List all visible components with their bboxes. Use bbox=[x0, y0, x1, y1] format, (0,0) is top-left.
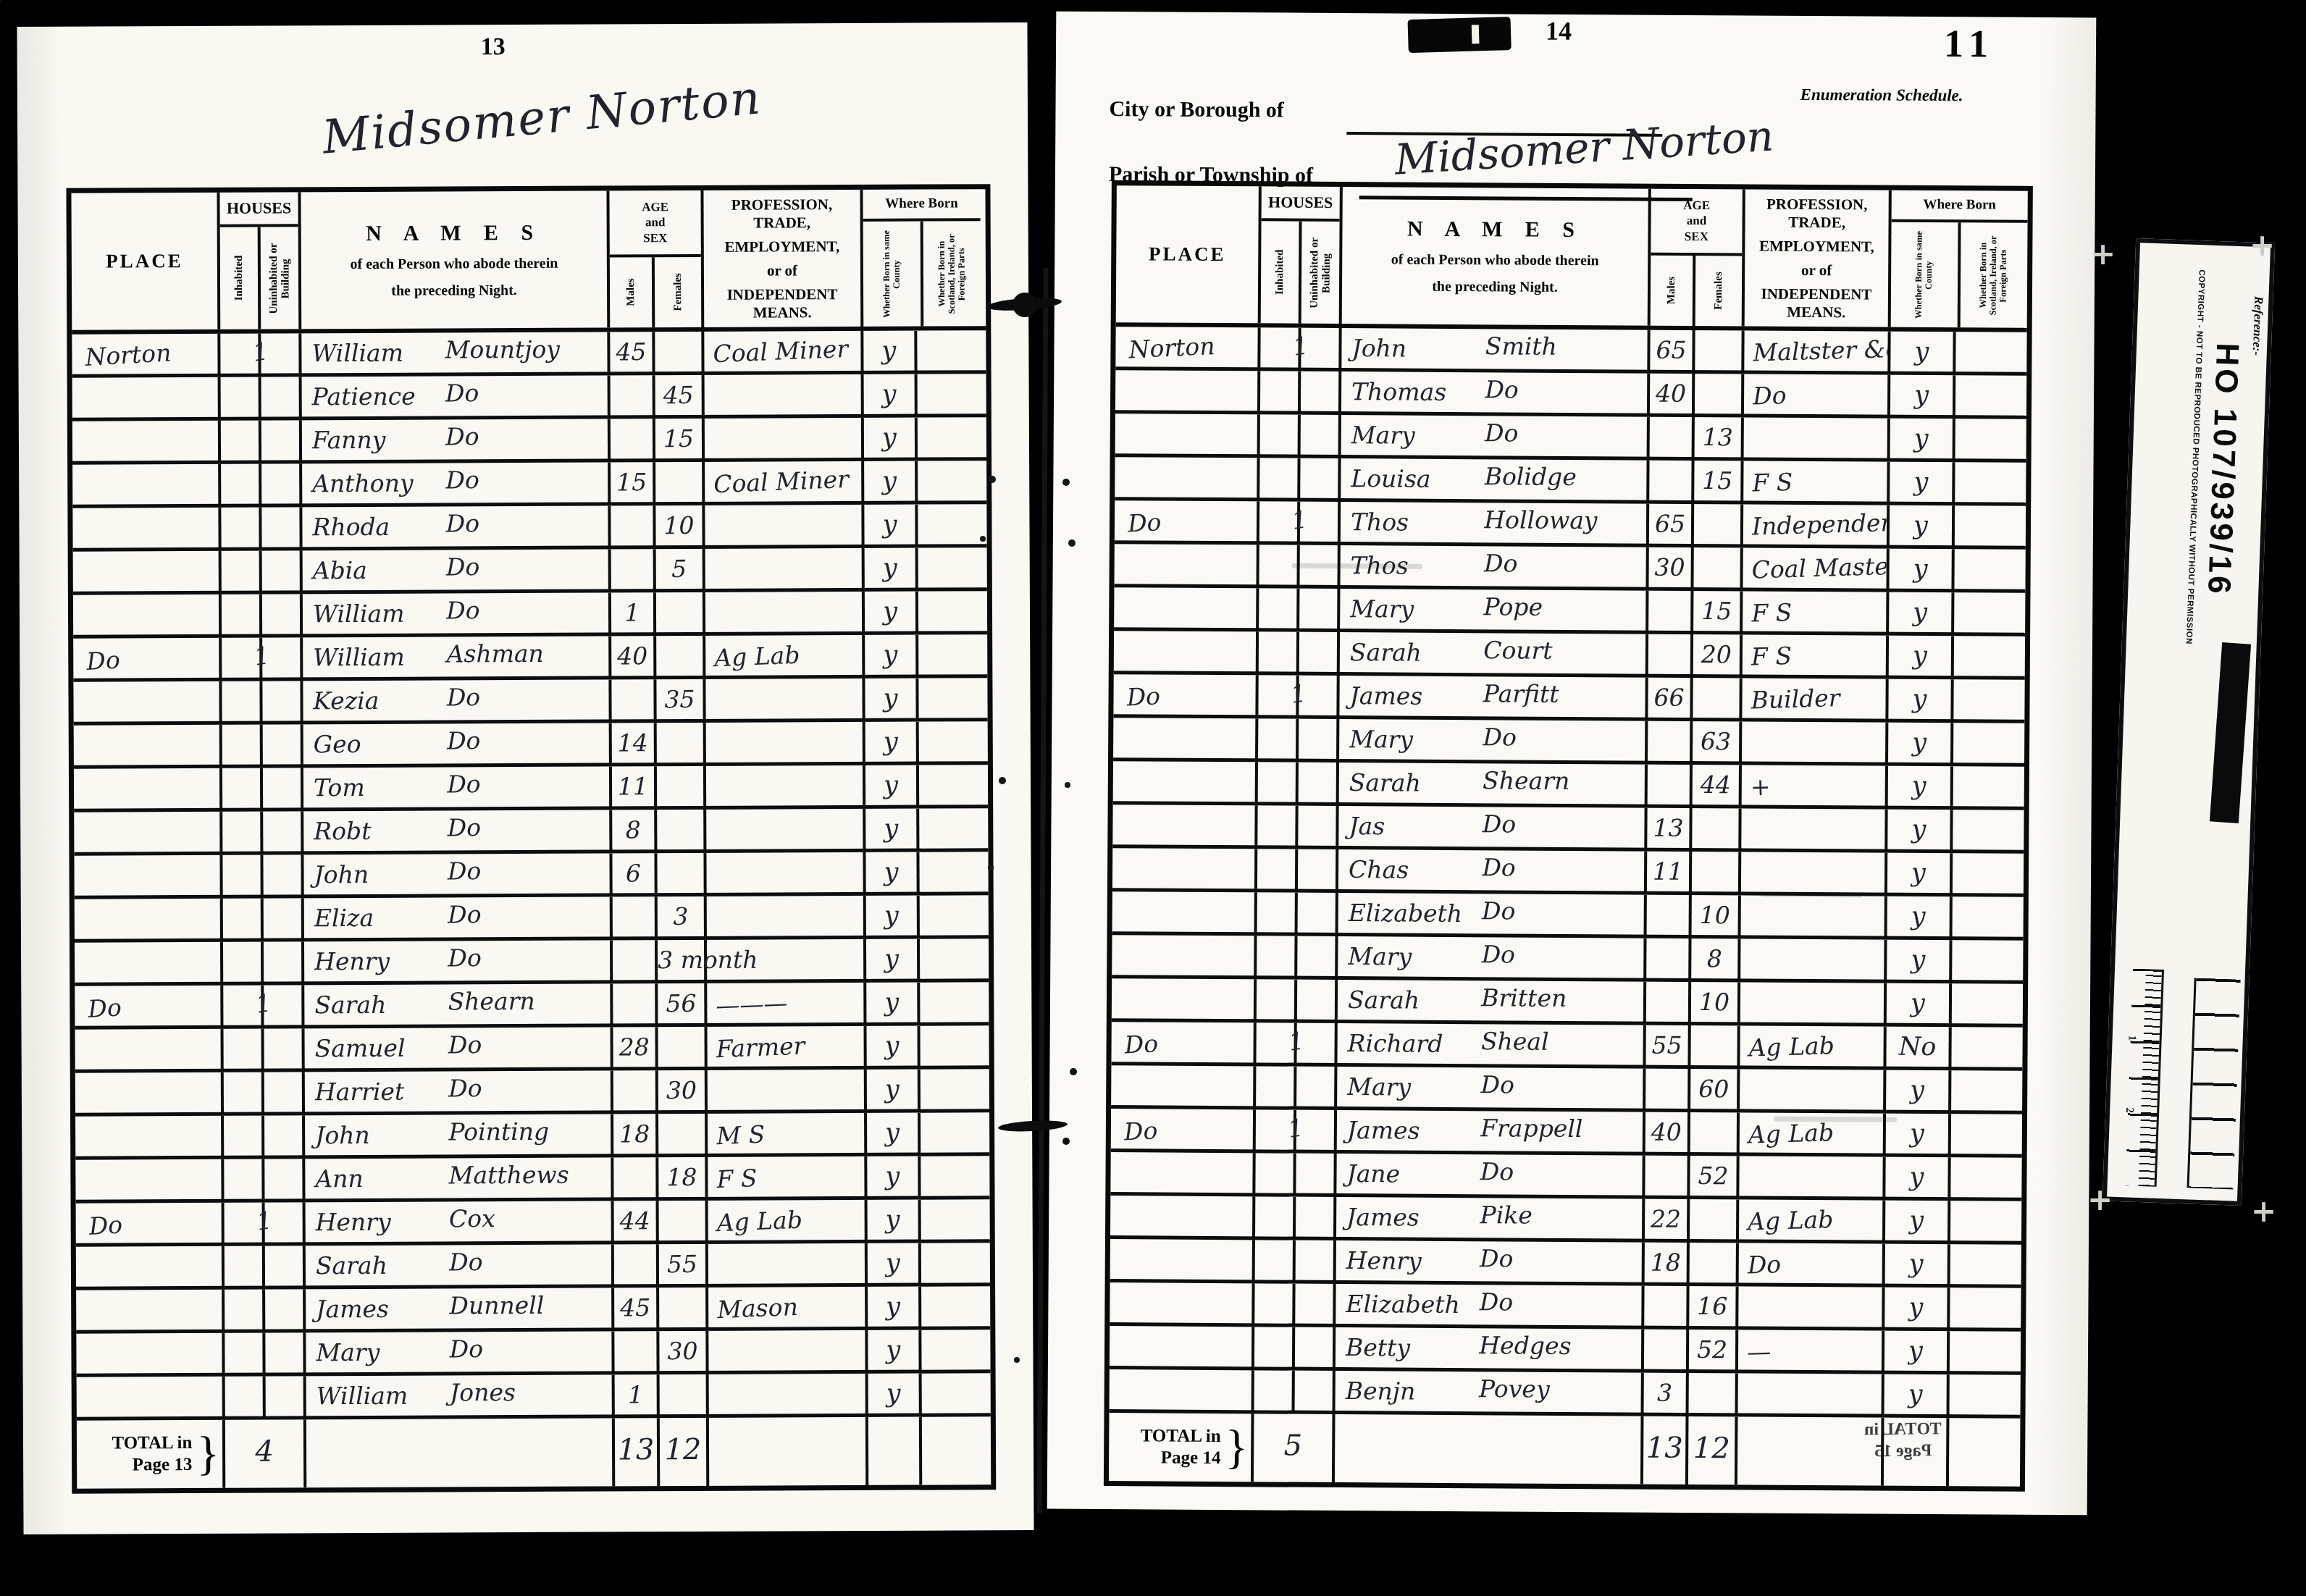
cell-name: Eliza Do bbox=[304, 896, 613, 938]
cell-born-elsewhere bbox=[1955, 505, 2026, 547]
cell-age-male bbox=[614, 1331, 659, 1372]
table-row: Do 1 Richard Sheal 55 Ag Lab No bbox=[1111, 1022, 2022, 1071]
table-row: Mary Pope 15 F S y bbox=[1114, 587, 2025, 637]
cell-age-male bbox=[1646, 938, 1691, 979]
cell-born-county: y bbox=[1890, 505, 1955, 547]
cell-uninhabited bbox=[1299, 632, 1340, 673]
cell-uninhabited bbox=[1298, 849, 1338, 890]
cell-age-female: 15 bbox=[655, 419, 705, 459]
col-uninhabited: Uninhabited or Building bbox=[1301, 222, 1340, 324]
cell-born-elsewhere bbox=[1954, 592, 2025, 634]
cell-inhabited bbox=[1259, 631, 1299, 672]
cell-place bbox=[72, 464, 221, 505]
ink-specks bbox=[0, 0, 3, 3]
cell-age-female: 52 bbox=[1689, 1330, 1738, 1370]
cell-place bbox=[72, 421, 221, 462]
cell-name: Rhoda Do bbox=[302, 505, 611, 547]
cell-born-county: y bbox=[867, 1156, 921, 1197]
cell-place bbox=[1115, 413, 1260, 455]
col-males: Males bbox=[1651, 256, 1696, 326]
col-born-county: Whether Born in same County bbox=[1891, 222, 1961, 328]
table-row: Do 1 James Parfitt 66 Builder y bbox=[1113, 674, 2024, 723]
col-inhabited: Inhabited bbox=[220, 227, 261, 329]
cell-age-male: 3 bbox=[1644, 1373, 1689, 1414]
cell-age-female bbox=[1690, 1199, 1739, 1240]
cell-profession bbox=[1741, 852, 1887, 893]
cell-born-county: y bbox=[1887, 983, 1952, 1025]
cell-place bbox=[1115, 370, 1260, 411]
cell-inhabited bbox=[224, 1029, 264, 1070]
table-row: Sarah Shearn 44 + y bbox=[1113, 761, 2024, 810]
cell-place bbox=[1113, 761, 1258, 802]
cell-born-county: y bbox=[1890, 332, 1955, 373]
col-profession: PROFESSION, TRADE, EMPLOYMENT, or of IND… bbox=[703, 190, 863, 327]
cell-born-county: y bbox=[868, 1330, 921, 1371]
cell-age-female: 15 bbox=[1694, 461, 1743, 501]
cell-born-elsewhere bbox=[919, 765, 983, 805]
cell-age-female: 63 bbox=[1693, 721, 1742, 762]
cell-place bbox=[1115, 457, 1259, 498]
cell-place bbox=[74, 855, 222, 896]
left-page-number: 13 bbox=[481, 33, 506, 61]
total-males: 13 bbox=[1643, 1416, 1689, 1484]
table-row: Anthony Do 15 Coal Miner y bbox=[72, 461, 986, 508]
cell-age-male bbox=[1648, 634, 1693, 675]
cell-name: Samuel Do bbox=[305, 1027, 613, 1069]
cell-uninhabited bbox=[1296, 1240, 1336, 1281]
cell-born-elsewhere bbox=[920, 1025, 984, 1066]
cell-born-elsewhere bbox=[1950, 1331, 2021, 1372]
archive-reference-label: Reference:- HO 107/939/16 COPYRIGHT - NO… bbox=[2102, 238, 2275, 1206]
cell-born-elsewhere bbox=[918, 417, 981, 458]
col-age-sex: AGEandSEX Males Females bbox=[609, 190, 704, 328]
cell-name: Richard Sheal bbox=[1337, 1023, 1645, 1066]
total-houses: 5 bbox=[1254, 1414, 1336, 1482]
cell-uninhabited bbox=[264, 985, 304, 1025]
cell-place bbox=[1110, 1326, 1254, 1367]
cell-profession: Do bbox=[1744, 374, 1890, 415]
cell-place bbox=[1112, 935, 1257, 976]
cell-uninhabited bbox=[265, 1202, 306, 1243]
cell-age-male bbox=[611, 375, 655, 416]
cell-born-county: y bbox=[1889, 592, 1954, 634]
cell-born-elsewhere bbox=[1954, 549, 2025, 590]
cell-name: Sarah Shearn bbox=[304, 983, 613, 1025]
col-houses: HOUSES Inhabited Uninhabited or Building bbox=[1261, 186, 1343, 324]
cell-born-elsewhere bbox=[917, 330, 981, 371]
cell-profession bbox=[1738, 1286, 1884, 1327]
cell-place: Norton bbox=[1115, 327, 1260, 368]
col-born-elsewhere: Whether Born in Scotland, Ireland, or Fo… bbox=[1961, 222, 2028, 328]
cell-born-county: y bbox=[868, 1374, 922, 1414]
cell-place bbox=[1111, 1065, 1256, 1106]
cell-age-male: 30 bbox=[1648, 547, 1693, 588]
cell-name: James Parfitt bbox=[1339, 676, 1648, 718]
cell-born-county: y bbox=[1887, 810, 1953, 851]
cell-age-male bbox=[1647, 895, 1692, 936]
cell-place: Do bbox=[1113, 674, 1258, 715]
left-page: 13 Midsomer Norton PLACE HOUSES Inhabite… bbox=[17, 22, 1033, 1534]
cell-place bbox=[1112, 978, 1257, 1020]
right-table-header: PLACE HOUSES Inhabited Uninhabited or Bu… bbox=[1116, 185, 2028, 332]
cell-uninhabited bbox=[264, 1028, 305, 1069]
cell-uninhabited bbox=[263, 854, 303, 895]
cell-born-elsewhere bbox=[922, 1373, 986, 1414]
cell-age-female bbox=[1693, 547, 1743, 588]
cell-age-male bbox=[1649, 461, 1694, 501]
cell-born-elsewhere bbox=[1955, 332, 2026, 373]
cell-born-elsewhere bbox=[921, 1243, 985, 1283]
cell-born-county: y bbox=[1887, 940, 1952, 981]
cell-born-county: y bbox=[865, 765, 919, 806]
left-table-header: PLACE HOUSES Inhabited Uninhabited or Bu… bbox=[71, 189, 986, 335]
table-row: William Do 1 y bbox=[73, 591, 987, 639]
cell-place bbox=[73, 551, 222, 592]
cell-inhabited bbox=[223, 899, 264, 939]
cell-age-male bbox=[613, 1070, 658, 1111]
cell-born-county: y bbox=[1888, 723, 1953, 764]
cell-place bbox=[1110, 1282, 1254, 1324]
cell-born-county: y bbox=[865, 852, 919, 893]
cell-age-female: 15 bbox=[1693, 591, 1743, 631]
cell-uninhabited bbox=[1296, 1110, 1337, 1151]
cell-place bbox=[1110, 1239, 1255, 1280]
col-profession: PROFESSION, TRADE, EMPLOYMENT, or of IND… bbox=[1745, 189, 1892, 327]
cell-place: Do bbox=[76, 1203, 225, 1244]
cell-profession: ——— bbox=[707, 983, 866, 1024]
col-where-born: Where Born Whether Born in same County W… bbox=[1891, 190, 2028, 328]
cell-place bbox=[74, 725, 222, 766]
cell-age-female: 13 bbox=[1695, 417, 1744, 458]
cell-age-female: 20 bbox=[1693, 634, 1743, 675]
cell-profession bbox=[706, 852, 865, 894]
total-born-empty bbox=[868, 1417, 922, 1485]
cell-name: Henry Do bbox=[1336, 1240, 1645, 1283]
total-born2-empty bbox=[1949, 1418, 2021, 1487]
table-row: Samuel Do 28 Farmer y bbox=[75, 1025, 989, 1073]
cell-profession bbox=[1738, 1373, 1884, 1414]
table-row: Fanny Do 15 y bbox=[72, 417, 986, 465]
cell-place bbox=[75, 899, 223, 940]
cell-born-county: y bbox=[1884, 1374, 1950, 1416]
cell-name: Geo Do bbox=[303, 723, 612, 765]
cell-age-male: 11 bbox=[1647, 852, 1692, 892]
cell-profession: Do bbox=[1739, 1243, 1885, 1284]
cell-name: Sarah Do bbox=[306, 1244, 614, 1286]
cell-age-female: 30 bbox=[659, 1331, 708, 1372]
cell-inhabited bbox=[225, 1333, 265, 1374]
cell-born-county: y bbox=[1888, 679, 1953, 721]
ruler-scale: 1 2 bbox=[2113, 968, 2244, 1197]
registration-cross: + bbox=[2090, 239, 2116, 269]
cell-inhabited bbox=[222, 725, 263, 765]
table-row: Do 1 Thos Holloway 65 Independent y bbox=[1115, 500, 2026, 550]
col-place: PLACE bbox=[1116, 185, 1262, 323]
table-row: Do 1 James Frappell 40 Ag Lab y bbox=[1111, 1109, 2022, 1158]
city-borough-label: City or Borough of bbox=[1109, 97, 1284, 122]
left-table-rows: Norton 1 William Mountjoy 45 Coal Miner … bbox=[72, 330, 991, 1420]
cell-place bbox=[77, 1377, 225, 1418]
col-males: Males bbox=[610, 257, 655, 327]
cell-age-male bbox=[611, 419, 655, 459]
cell-name: James Dunnell bbox=[306, 1288, 614, 1330]
total-label: TOTAL inPage 14 } bbox=[1109, 1413, 1254, 1482]
table-row: Betty Hedges 52 — y bbox=[1110, 1326, 2021, 1375]
cell-age-female: 16 bbox=[1689, 1286, 1738, 1327]
cell-uninhabited bbox=[261, 333, 301, 374]
cell-profession: F S bbox=[1743, 634, 1889, 676]
cell-age-female bbox=[1692, 852, 1741, 892]
cell-profession: Coal Master bbox=[1743, 547, 1889, 589]
cell-name: James Frappell bbox=[1337, 1110, 1645, 1153]
cell-age-female: 5 bbox=[656, 549, 705, 589]
ink-stamp bbox=[1408, 17, 1512, 53]
cell-age-male bbox=[1644, 1330, 1689, 1370]
cell-name: Kezia Do bbox=[303, 679, 611, 721]
cell-profession bbox=[1744, 417, 1890, 458]
cell-profession: — bbox=[1738, 1330, 1884, 1371]
cell-name: Patience Do bbox=[302, 375, 611, 417]
cell-age-male: 13 bbox=[1647, 808, 1692, 849]
cell-name: Abia Do bbox=[303, 549, 611, 591]
cell-inhabited bbox=[1254, 1370, 1295, 1411]
cell-born-elsewhere bbox=[1953, 810, 2024, 851]
cell-born-county: y bbox=[866, 939, 920, 980]
cell-born-county: y bbox=[865, 635, 918, 676]
table-row: Patience Do 45 y bbox=[72, 374, 986, 421]
cell-place bbox=[74, 812, 222, 853]
cell-age-female: 3 month bbox=[658, 940, 707, 980]
cell-uninhabited bbox=[1299, 763, 1339, 803]
cell-profession: M S bbox=[708, 1113, 867, 1154]
cell-age-male bbox=[614, 1244, 659, 1285]
cell-age-female bbox=[1693, 678, 1742, 718]
cell-uninhabited bbox=[1300, 458, 1341, 499]
cell-inhabited: 1 bbox=[223, 986, 264, 1026]
cell-profession bbox=[705, 374, 864, 416]
registration-cross: + bbox=[2087, 1185, 2113, 1215]
stamp-number: 14 bbox=[1546, 16, 1572, 46]
cell-uninhabited bbox=[265, 1289, 306, 1330]
cell-uninhabited bbox=[262, 637, 303, 678]
cell-born-elsewhere bbox=[918, 678, 982, 718]
cell-inhabited bbox=[1260, 371, 1301, 411]
cell-age-male: 65 bbox=[1649, 504, 1694, 545]
table-row: Jane Do 52 y bbox=[1110, 1152, 2021, 1201]
col-uninhabited: Uninhabited or Building bbox=[261, 227, 299, 329]
cell-uninhabited bbox=[265, 1246, 306, 1286]
right-table-rows: Norton 1 John Smith 65 Maltster &c y bbox=[1110, 327, 2027, 1419]
cell-born-elsewhere bbox=[1955, 462, 2026, 503]
cell-age-female: 3 bbox=[658, 896, 707, 937]
cell-profession bbox=[1740, 1069, 1886, 1110]
cell-name: Jas Do bbox=[1338, 806, 1647, 849]
table-row: Do 1 William Ashman 40 Ag Lab y bbox=[73, 634, 987, 682]
table-row: Mary Do 63 y bbox=[1113, 718, 2024, 767]
cell-age-female: 10 bbox=[1692, 895, 1741, 936]
cell-age-male: 65 bbox=[1650, 330, 1695, 371]
cell-born-elsewhere bbox=[918, 461, 981, 501]
cell-born-county: y bbox=[868, 1243, 921, 1284]
cell-place bbox=[76, 1333, 225, 1374]
cell-born-elsewhere bbox=[919, 721, 983, 762]
cell-profession bbox=[707, 896, 866, 937]
cell-name: Sarah Shearn bbox=[1339, 763, 1648, 805]
cell-profession: F S bbox=[708, 1156, 867, 1198]
cell-age-female: 45 bbox=[655, 375, 705, 416]
cell-profession bbox=[707, 939, 866, 980]
cell-place: Do bbox=[1111, 1109, 1256, 1150]
cell-profession: F S bbox=[1743, 591, 1889, 632]
cell-born-elsewhere bbox=[921, 1112, 984, 1153]
cell-inhabited bbox=[222, 595, 262, 635]
cell-age-male: 1 bbox=[611, 592, 656, 633]
cell-born-county: y bbox=[1890, 375, 1955, 416]
cell-born-county: y bbox=[1890, 419, 1955, 460]
total-houses: 4 bbox=[225, 1419, 306, 1487]
cell-uninhabited bbox=[1298, 893, 1338, 933]
cell-place bbox=[75, 1116, 224, 1157]
cell-inhabited bbox=[1255, 1153, 1296, 1193]
cell-born-elsewhere bbox=[1951, 1027, 2022, 1068]
cell-age-male bbox=[613, 940, 658, 980]
cell-born-elsewhere bbox=[1951, 1070, 2022, 1112]
cell-age-female bbox=[1694, 504, 1743, 545]
cell-born-elsewhere bbox=[920, 982, 984, 1022]
table-row: Kezia Do 35 y bbox=[73, 678, 987, 726]
cell-name: Sarah Britten bbox=[1338, 980, 1646, 1022]
cell-inhabited bbox=[225, 1246, 265, 1287]
cell-born-county: y bbox=[867, 1113, 921, 1154]
cell-age-male: 11 bbox=[612, 766, 657, 807]
cell-inhabited bbox=[225, 1377, 266, 1417]
col-females: Females bbox=[1695, 256, 1743, 326]
cell-age-female bbox=[658, 1114, 708, 1154]
cell-born-county: y bbox=[868, 1287, 921, 1327]
cell-name: William Mountjoy bbox=[301, 332, 610, 374]
cell-profession bbox=[705, 679, 865, 720]
total-prof-empty bbox=[709, 1417, 868, 1486]
binding-crease bbox=[1036, 268, 1048, 1513]
cell-name: John Do bbox=[303, 853, 612, 895]
table-row: Benjn Povey 3 y bbox=[1110, 1369, 2021, 1419]
cell-uninhabited bbox=[1301, 371, 1341, 412]
table-row: Thos Do 30 Coal Master y bbox=[1114, 544, 2025, 593]
cell-born-county: y bbox=[1884, 1331, 1950, 1372]
cell-inhabited bbox=[222, 768, 263, 809]
cell-age-female: 44 bbox=[1693, 765, 1742, 805]
cell-age-male bbox=[1648, 765, 1693, 805]
total-label: TOTAL inPage 13 } bbox=[77, 1420, 225, 1489]
cell-name: Thomas Do bbox=[1341, 371, 1650, 414]
cell-born-elsewhere bbox=[921, 1156, 984, 1196]
registration-cross: + bbox=[2250, 230, 2275, 261]
cell-age-female bbox=[657, 723, 706, 763]
cell-born-county: y bbox=[1886, 1070, 1951, 1112]
cell-name: William Jones bbox=[306, 1374, 615, 1416]
table-row: Thomas Do 40 Do y bbox=[1115, 370, 2026, 419]
cell-name: Henry Do bbox=[304, 940, 613, 982]
cell-profession: Farmer bbox=[707, 1026, 866, 1067]
cell-age-female bbox=[656, 592, 705, 633]
cell-born-elsewhere bbox=[919, 852, 983, 892]
cell-born-elsewhere bbox=[1950, 1201, 2021, 1242]
cell-inhabited bbox=[221, 421, 261, 461]
cell-inhabited bbox=[1257, 849, 1298, 889]
cell-place: Do bbox=[1115, 500, 1259, 542]
cell-uninhabited bbox=[264, 898, 304, 938]
cell-profession: Ag Lab bbox=[1740, 1025, 1886, 1067]
cell-name: Anthony Do bbox=[302, 462, 611, 504]
cell-profession: Coal Miner bbox=[705, 461, 864, 503]
cell-inhabited bbox=[221, 508, 261, 548]
cell-inhabited bbox=[1258, 718, 1299, 759]
cell-place bbox=[1110, 1196, 1255, 1237]
col-born-elsewhere: Whether Born in Scotland, Ireland, or Fo… bbox=[923, 221, 981, 326]
total-born2-empty bbox=[922, 1416, 986, 1484]
cell-uninhabited bbox=[1296, 1154, 1336, 1194]
cell-born-elsewhere bbox=[919, 808, 983, 849]
cell-uninhabited bbox=[262, 594, 303, 634]
cell-age-male: 18 bbox=[613, 1114, 658, 1154]
cell-inhabited bbox=[222, 551, 262, 592]
cell-born-county: y bbox=[864, 461, 918, 502]
cell-age-male bbox=[1650, 417, 1695, 458]
total-names-empty bbox=[306, 1418, 615, 1487]
cell-inhabited: 1 bbox=[1259, 501, 1300, 542]
cell-inhabited bbox=[222, 812, 263, 852]
cell-profession: Independent bbox=[1743, 504, 1890, 545]
cell-born-county: y bbox=[865, 809, 919, 849]
cell-inhabited bbox=[224, 1072, 264, 1113]
table-row: Ann Matthews 18 F S y bbox=[75, 1156, 989, 1204]
cell-age-female bbox=[1695, 330, 1744, 371]
cell-inhabited: 1 bbox=[225, 1203, 265, 1243]
table-row: Rhoda Do 10 y bbox=[72, 504, 986, 552]
table-row: Jas Do 13 y bbox=[1112, 805, 2024, 854]
cell-born-elsewhere bbox=[1952, 940, 2023, 981]
cell-profession bbox=[709, 1374, 868, 1415]
col-inhabited: Inhabited bbox=[1261, 221, 1302, 323]
cell-inhabited bbox=[1260, 414, 1301, 455]
cell-place bbox=[75, 1072, 224, 1114]
cell-age-male bbox=[1648, 591, 1693, 631]
cell-age-female bbox=[655, 462, 705, 503]
cell-name: Chas Do bbox=[1338, 849, 1647, 892]
cell-place bbox=[1112, 891, 1257, 933]
cell-inhabited: 1 bbox=[1260, 327, 1301, 368]
cell-age-male: 40 bbox=[1645, 1112, 1690, 1153]
table-row: Abia Do 5 y bbox=[73, 547, 987, 595]
total-females: 12 bbox=[1688, 1416, 1738, 1484]
cell-profession bbox=[706, 809, 865, 850]
cell-age-male bbox=[1648, 721, 1693, 762]
cell-profession bbox=[1739, 1156, 1885, 1197]
cell-born-county: y bbox=[1885, 1201, 1950, 1242]
ruler-number: 1 bbox=[2126, 1035, 2138, 1041]
cell-name: Mary Pope bbox=[1340, 589, 1648, 631]
cell-place: Norton bbox=[72, 334, 220, 375]
cell-born-county: y bbox=[864, 374, 918, 415]
cell-age-male bbox=[611, 505, 655, 546]
cell-born-elsewhere bbox=[920, 938, 984, 979]
cell-uninhabited bbox=[265, 1332, 306, 1373]
cell-place bbox=[75, 1029, 224, 1070]
cell-age-male: 1 bbox=[615, 1374, 660, 1415]
table-row: Harriet Do 30 y bbox=[75, 1069, 989, 1117]
cell-age-female: 56 bbox=[658, 983, 707, 1024]
cell-uninhabited bbox=[264, 941, 304, 982]
